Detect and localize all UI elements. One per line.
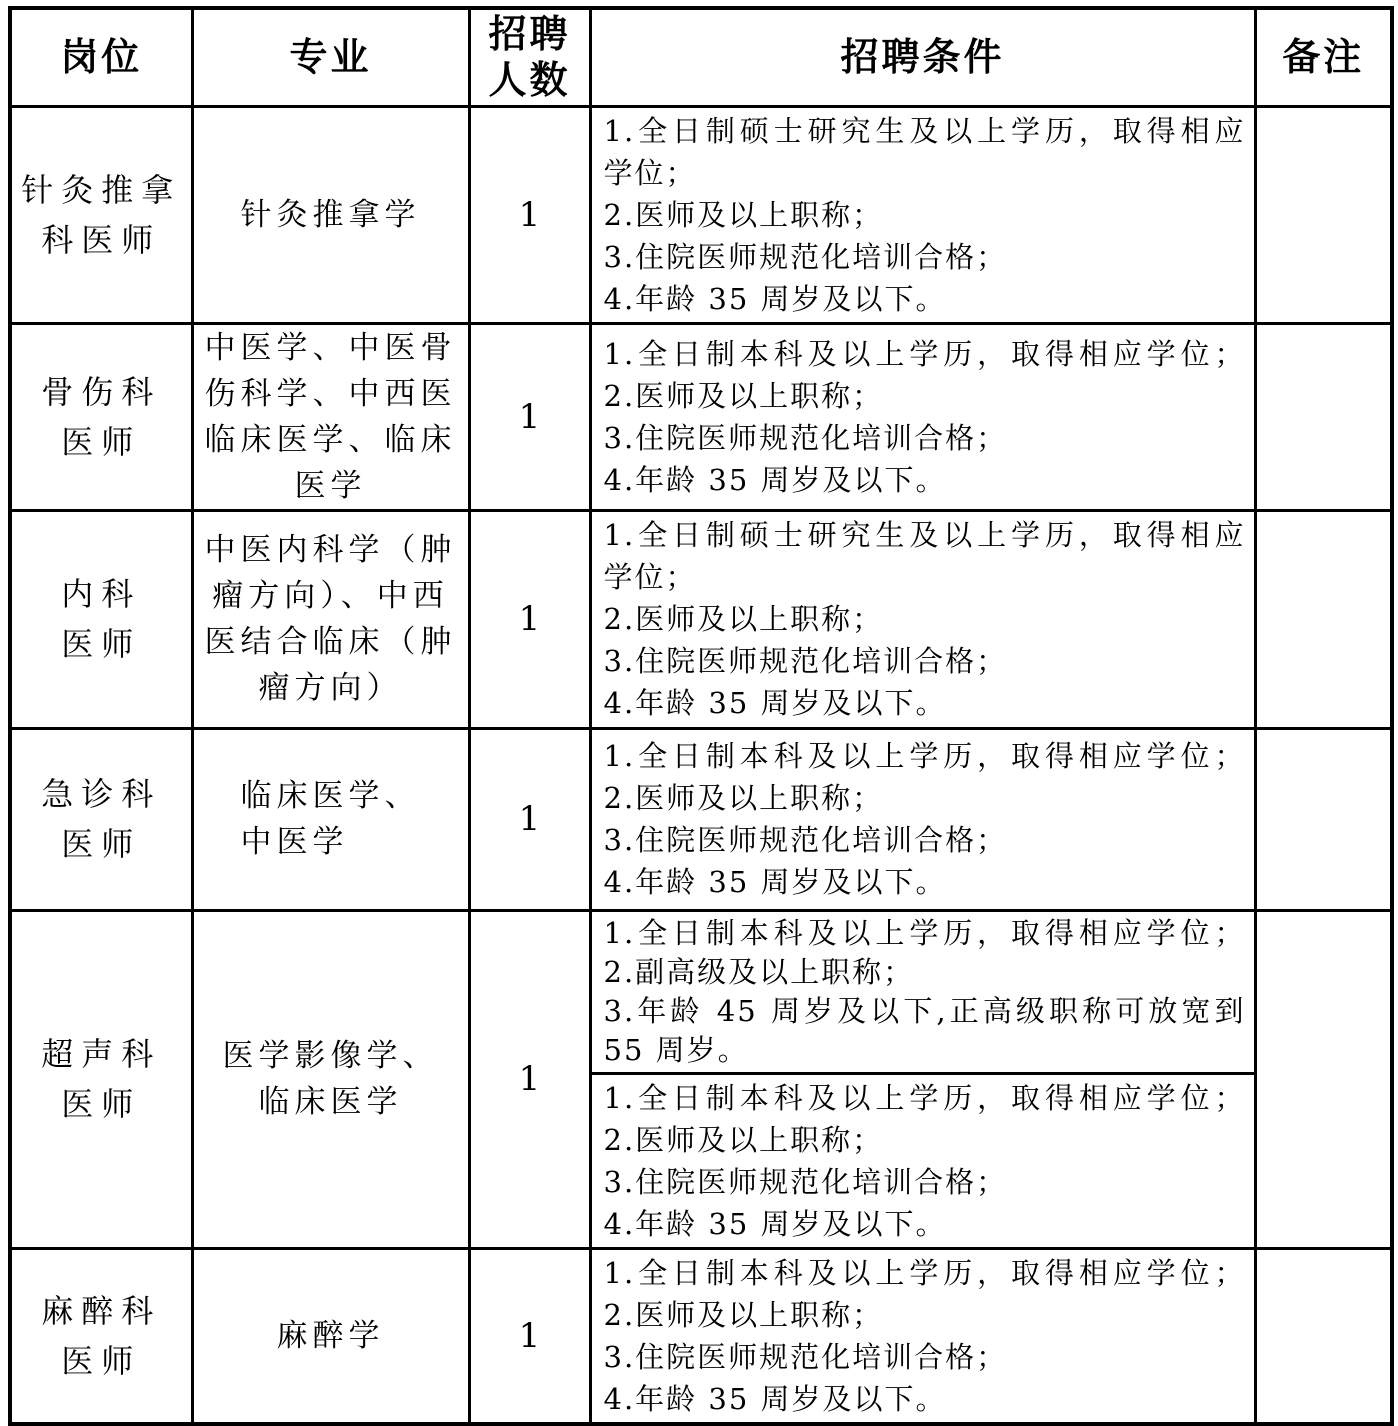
condition-line: 3.住院医师规范化培训合格； — [604, 1336, 1246, 1378]
position-line: 医师 — [12, 1079, 191, 1129]
position-cell: 针灸推拿科医师 — [10, 106, 192, 323]
condition-line: 3.住院医师规范化培训合格； — [604, 417, 1246, 459]
header-row: 岗位 专业 招聘 人数 招聘条件 备注 — [10, 8, 1392, 106]
major-line: 医结合临床（肿 — [194, 619, 468, 665]
major-line: 临床医学、临床 — [194, 417, 468, 463]
col-header-position: 岗位 — [10, 8, 192, 106]
condition-line: 2.医师及以上职称； — [604, 1119, 1246, 1161]
conditions-cell: 1.全日制硕士研究生及以上学历，取得相应学位；2.医师及以上职称；3.住院医师规… — [590, 510, 1255, 728]
count-cell: 1 — [469, 728, 590, 910]
condition-line: 3.住院医师规范化培训合格； — [604, 1161, 1246, 1203]
count-cell: 1 — [469, 510, 590, 728]
col-header-conditions-label: 招聘条件 — [840, 35, 1004, 79]
major-line: 瘤方向） — [194, 665, 468, 711]
conditions-cell: 1.全日制本科及以上学历，取得相应学位；2.医师及以上职称；3.住院医师规范化培… — [590, 1073, 1255, 1248]
table-row: 麻醉科医师麻醉学11.全日制本科及以上学历，取得相应学位；2.医师及以上职称；3… — [10, 1248, 1392, 1424]
position-line: 医师 — [12, 417, 191, 467]
condition-line: 1.全日制本科及以上学历，取得相应学位； — [604, 333, 1246, 375]
condition-line: 1.全日制硕士研究生及以上学历，取得相应 — [604, 514, 1246, 556]
table-row: 急诊科医师临床医学、中医学11.全日制本科及以上学历，取得相应学位；2.医师及以… — [10, 728, 1392, 910]
remark-cell — [1255, 106, 1392, 323]
recruitment-table-page: 岗位 专业 招聘 人数 招聘条件 备注 针灸推拿科医师针灸推拿学11.全日制硕士… — [0, 0, 1398, 1416]
condition-line: 2.副高级及以上职称； — [604, 953, 1246, 992]
remark-cell — [1255, 910, 1392, 1248]
remark-cell — [1255, 323, 1392, 510]
count-cell: 1 — [469, 1248, 590, 1424]
position-cell: 超声科医师 — [10, 910, 192, 1248]
col-header-remark: 备注 — [1255, 8, 1392, 106]
position-line: 针灸推拿 — [12, 165, 191, 215]
condition-line: 1.全日制硕士研究生及以上学历，取得相应 — [604, 110, 1246, 152]
remark-cell — [1255, 728, 1392, 910]
col-header-position-label: 岗位 — [60, 35, 142, 79]
count-cell: 1 — [469, 323, 590, 510]
condition-line: 1.全日制本科及以上学历，取得相应学位； — [604, 1252, 1246, 1294]
count-cell: 1 — [469, 106, 590, 323]
major-line: 中医学 — [241, 819, 421, 865]
position-cell: 麻醉科医师 — [10, 1248, 192, 1424]
condition-line: 1.全日制本科及以上学历，取得相应学位； — [604, 735, 1246, 777]
col-header-count-line1: 招聘 — [471, 11, 589, 57]
col-header-count: 招聘 人数 — [469, 8, 590, 106]
major-text-block: 临床医学、中医学 — [241, 773, 421, 865]
table-row: 超声科医师医学影像学、临床医学11.全日制本科及以上学历，取得相应学位；2.副高… — [10, 910, 1392, 1073]
major-line: 伤科学、中西医 — [194, 371, 468, 417]
conditions-cell: 1.全日制本科及以上学历，取得相应学位；2.医师及以上职称；3.住院医师规范化培… — [590, 1248, 1255, 1424]
major-cell: 中医学、中医骨伤科学、中西医临床医学、临床医学 — [192, 323, 469, 510]
condition-line: 3.住院医师规范化培训合格； — [604, 236, 1246, 278]
major-cell: 针灸推拿学 — [192, 106, 469, 323]
major-cell: 中医内科学（肿瘤方向）、中西医结合临床（肿瘤方向） — [192, 510, 469, 728]
position-line: 超声科 — [12, 1029, 191, 1079]
position-line: 麻醉科 — [12, 1286, 191, 1336]
condition-line: 1.全日制本科及以上学历，取得相应学位； — [604, 914, 1246, 953]
condition-line: 4.年龄 35 周岁及以下。 — [604, 861, 1246, 903]
col-header-count-line2: 人数 — [471, 57, 589, 103]
position-cell: 急诊科医师 — [10, 728, 192, 910]
condition-line: 3.住院医师规范化培训合格； — [604, 819, 1246, 861]
conditions-cell: 1.全日制硕士研究生及以上学历，取得相应学位；2.医师及以上职称；3.住院医师规… — [590, 106, 1255, 323]
position-line: 医师 — [12, 819, 191, 869]
condition-line: 2.医师及以上职称； — [604, 194, 1246, 236]
major-line: 医学影像学、 — [194, 1033, 468, 1079]
position-line: 医师 — [12, 619, 191, 669]
condition-line: 4.年龄 35 周岁及以下。 — [604, 1203, 1246, 1245]
major-line: 瘤方向）、中西 — [194, 573, 468, 619]
col-header-remark-label: 备注 — [1282, 35, 1364, 79]
remark-cell — [1255, 510, 1392, 728]
conditions-cell: 1.全日制本科及以上学历，取得相应学位；2.医师及以上职称；3.住院医师规范化培… — [590, 323, 1255, 510]
condition-line: 55 周岁。 — [604, 1031, 1246, 1070]
table-header: 岗位 专业 招聘 人数 招聘条件 备注 — [10, 8, 1392, 106]
col-header-major: 专业 — [192, 8, 469, 106]
condition-line: 学位； — [604, 152, 1246, 194]
major-cell: 麻醉学 — [192, 1248, 469, 1424]
position-line: 科医师 — [12, 215, 191, 265]
condition-line: 2.医师及以上职称； — [604, 1294, 1246, 1336]
major-line: 临床医学 — [194, 1079, 468, 1125]
position-line: 骨伤科 — [12, 367, 191, 417]
table-body: 针灸推拿科医师针灸推拿学11.全日制硕士研究生及以上学历，取得相应学位；2.医师… — [10, 106, 1392, 1424]
condition-line: 2.医师及以上职称； — [604, 777, 1246, 819]
condition-line: 4.年龄 35 周岁及以下。 — [604, 459, 1246, 501]
major-line: 针灸推拿学 — [194, 192, 468, 238]
major-line: 医学 — [194, 463, 468, 509]
condition-line: 4.年龄 35 周岁及以下。 — [604, 682, 1246, 724]
condition-line: 4.年龄 35 周岁及以下。 — [604, 1378, 1246, 1420]
major-line: 中医内科学（肿 — [194, 527, 468, 573]
position-line: 医师 — [12, 1336, 191, 1386]
position-cell: 骨伤科医师 — [10, 323, 192, 510]
position-line: 内科 — [12, 569, 191, 619]
conditions-cell: 1.全日制本科及以上学历，取得相应学位；2.副高级及以上职称；3.年龄 45 周… — [590, 910, 1255, 1073]
position-cell: 内科医师 — [10, 510, 192, 728]
major-cell: 临床医学、中医学 — [192, 728, 469, 910]
condition-line: 3.年龄 45 周岁及以下,正高级职称可放宽到 — [604, 992, 1246, 1031]
condition-line: 3.住院医师规范化培训合格； — [604, 640, 1246, 682]
table-row: 针灸推拿科医师针灸推拿学11.全日制硕士研究生及以上学历，取得相应学位；2.医师… — [10, 106, 1392, 323]
col-header-major-label: 专业 — [289, 35, 371, 79]
conditions-cell: 1.全日制本科及以上学历，取得相应学位；2.医师及以上职称；3.住院医师规范化培… — [590, 728, 1255, 910]
major-line: 中医学、中医骨 — [194, 325, 468, 371]
count-cell: 1 — [469, 910, 590, 1248]
condition-line: 2.医师及以上职称； — [604, 598, 1246, 640]
table-row: 骨伤科医师中医学、中医骨伤科学、中西医临床医学、临床医学11.全日制本科及以上学… — [10, 323, 1392, 510]
position-line: 急诊科 — [12, 769, 191, 819]
condition-line: 1.全日制本科及以上学历，取得相应学位； — [604, 1077, 1246, 1119]
condition-line: 学位； — [604, 556, 1246, 598]
major-line: 临床医学、 — [241, 773, 421, 819]
condition-line: 4.年龄 35 周岁及以下。 — [604, 278, 1246, 320]
remark-cell — [1255, 1248, 1392, 1424]
condition-line: 2.医师及以上职称； — [604, 375, 1246, 417]
recruitment-table: 岗位 专业 招聘 人数 招聘条件 备注 针灸推拿科医师针灸推拿学11.全日制硕士… — [8, 6, 1394, 1426]
col-header-conditions: 招聘条件 — [590, 8, 1255, 106]
major-cell: 医学影像学、临床医学 — [192, 910, 469, 1248]
major-line: 麻醉学 — [194, 1313, 468, 1359]
table-row: 内科医师中医内科学（肿瘤方向）、中西医结合临床（肿瘤方向）11.全日制硕士研究生… — [10, 510, 1392, 728]
